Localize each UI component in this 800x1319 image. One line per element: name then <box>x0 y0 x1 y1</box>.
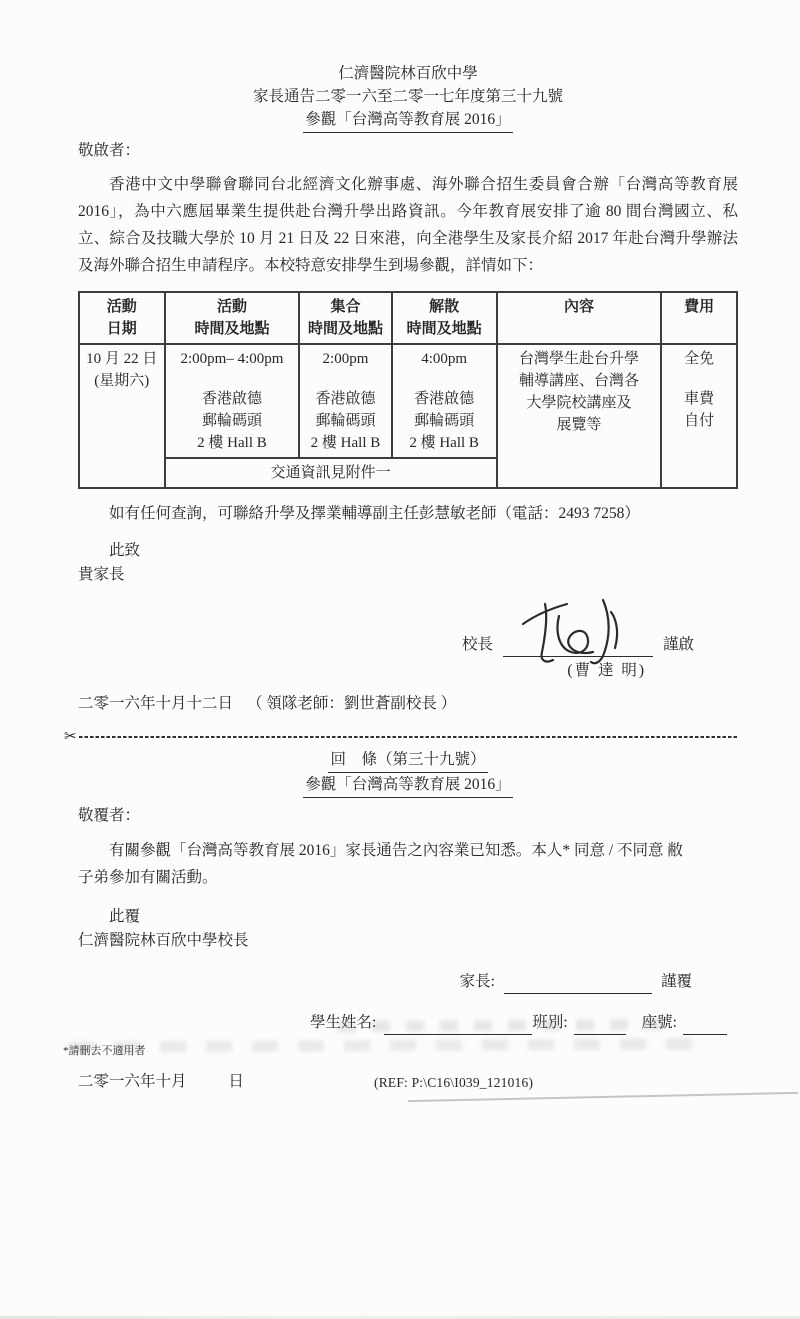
salutation: 敬啟者： <box>78 139 738 163</box>
header-assembly-time-place: 集合 時間及地點 <box>299 292 391 344</box>
event-schedule-table: 活動 日期 活動 時間及地點 集合 時間及地點 解散 時間及地點 內容 費用 <box>78 291 738 489</box>
header-activity-time-place: 活動 時間及地點 <box>165 292 300 344</box>
document-ref: (REF: P:\C16\I039_121016) <box>374 1071 533 1095</box>
reply-body: 有關參觀「台灣高等教育展 2016」家長通告之內容業已知悉。本人* 同意 / 不… <box>78 837 738 891</box>
document-header: 仁濟醫院林百欣中學 家長通告二零一六至二零一七年度第三十九號 參觀「台灣高等教育… <box>78 62 738 133</box>
notice-number-line: 家長通告二零一六至二零一七年度第三十九號 <box>78 85 738 108</box>
school-name: 仁濟醫院林百欣中學 <box>78 62 738 85</box>
principal-name: (曹 達 明) <box>567 659 646 683</box>
header-fee: 費用 <box>661 292 737 344</box>
notice-subject: 參觀「台灣高等教育展 2016」 <box>303 108 512 133</box>
seat-label: 座號: <box>642 1011 677 1035</box>
student-info-row: 學生姓名: 班別: 座號: <box>310 1011 738 1035</box>
header-activity-date: 活動 日期 <box>79 292 165 344</box>
reply-slip-header: 回 條（第三十九號） 參觀「台灣高等教育展 2016」 <box>78 748 738 798</box>
cut-here-line: ✂ <box>64 730 738 744</box>
reply-body-line1: 有關參觀「台灣高等教育展 2016」家長通告之內容業已知悉。本人* 同意 / 不… <box>78 837 738 864</box>
reply-date-prefix: 二零一六年十月 <box>78 1073 187 1090</box>
cell-activity-date: 10 月 22 日 (星期六) <box>79 344 165 488</box>
issue-date: 二零一六年十月十二日 <box>78 692 233 716</box>
sign-off: 謹啟 <box>663 633 694 657</box>
principal-signature-line <box>503 652 653 657</box>
table-header-row: 活動 日期 活動 時間及地點 集合 時間及地點 解散 時間及地點 內容 費用 <box>79 292 737 344</box>
intro-paragraph: 香港中文中學聯會聯同台北經濟文化辦事處、海外聯合招生委員會合辦「台灣高等教育展 … <box>78 171 738 279</box>
reply-salutation: 敬覆者： <box>78 804 738 828</box>
reply-slip-title: 回 條（第三十九號） <box>328 748 487 773</box>
student-name-label: 學生姓名: <box>310 1011 376 1035</box>
cell-activity-time: 2:00pm– 4:00pm 香港啟德 郵輪碼頭 2 樓 Hall B <box>165 344 300 458</box>
header-dismissal-time-place: 解散 時間及地點 <box>392 292 497 344</box>
student-name-blank <box>384 1030 532 1035</box>
parent-label: 家長: <box>460 970 495 994</box>
parent-signature-row: 家長: 謹覆 <box>78 970 692 994</box>
addressee-parents: 貴家長 <box>78 563 738 587</box>
parent-sign-off: 謹覆 <box>661 970 692 994</box>
header-content: 內容 <box>497 292 662 344</box>
parent-signature-blank <box>504 989 652 994</box>
reply-slip-subject: 參觀「台灣高等教育展 2016」 <box>303 773 512 798</box>
reply-addressee: 仁濟醫院林百欣中學校長 <box>78 929 738 953</box>
class-blank <box>574 1030 626 1035</box>
reply-close-phrase: 此覆 <box>78 905 738 929</box>
scanned-notice-page: 仁濟醫院林百欣中學 家長通告二零一六至二零一七年度第三十九號 參觀「台灣高等教育… <box>0 0 800 1319</box>
cell-transport-note: 交通資訊見附件一 <box>165 458 497 488</box>
signature-block: 校長 謹啟 (曹 達 明) <box>78 587 738 683</box>
cell-dismissal-time: 4:00pm 香港啟德 郵輪碼頭 2 樓 Hall B <box>392 344 497 458</box>
seat-blank <box>683 1030 727 1035</box>
cell-content: 台灣學生赴台升學 輔導講座、台灣各 大學院校講座及 展覽等 <box>497 344 662 488</box>
class-label: 班別: <box>532 1011 567 1035</box>
cell-fee: 全免 車費 自付 <box>661 344 737 488</box>
table-data-row: 10 月 22 日 (星期六) 2:00pm– 4:00pm 香港啟德 郵輪碼頭… <box>79 344 737 458</box>
to-phrase: 此致 <box>78 539 738 563</box>
principal-label: 校長 <box>462 633 493 657</box>
reply-body-line2: 子弟參加有關活動。 <box>78 864 738 891</box>
cut-dashes <box>79 736 738 739</box>
issue-date-line: 二零一六年十月十二日 （ 領隊老師：劉世蒼副校長 ） <box>78 692 738 716</box>
cell-assembly-time: 2:00pm 香港啟德 郵輪碼頭 2 樓 Hall B <box>299 344 391 458</box>
enquiry-line: 如有任何查詢，可聯絡升學及擇業輔導副主任彭慧敏老師（電話：2493 7258） <box>78 502 738 526</box>
scissors-icon: ✂ <box>64 730 77 744</box>
team-teacher-note: （ 領隊老師：劉世蒼副校長 ） <box>247 692 456 716</box>
reply-date-day-suffix: 日 <box>228 1073 244 1090</box>
delete-inapplicable-footnote: *請刪去不適用者 <box>63 1044 738 1059</box>
principal-signature <box>515 590 635 668</box>
reply-date-row: 二零一六年十月 日 (REF: P:\C16\I039_121016) <box>78 1070 738 1094</box>
